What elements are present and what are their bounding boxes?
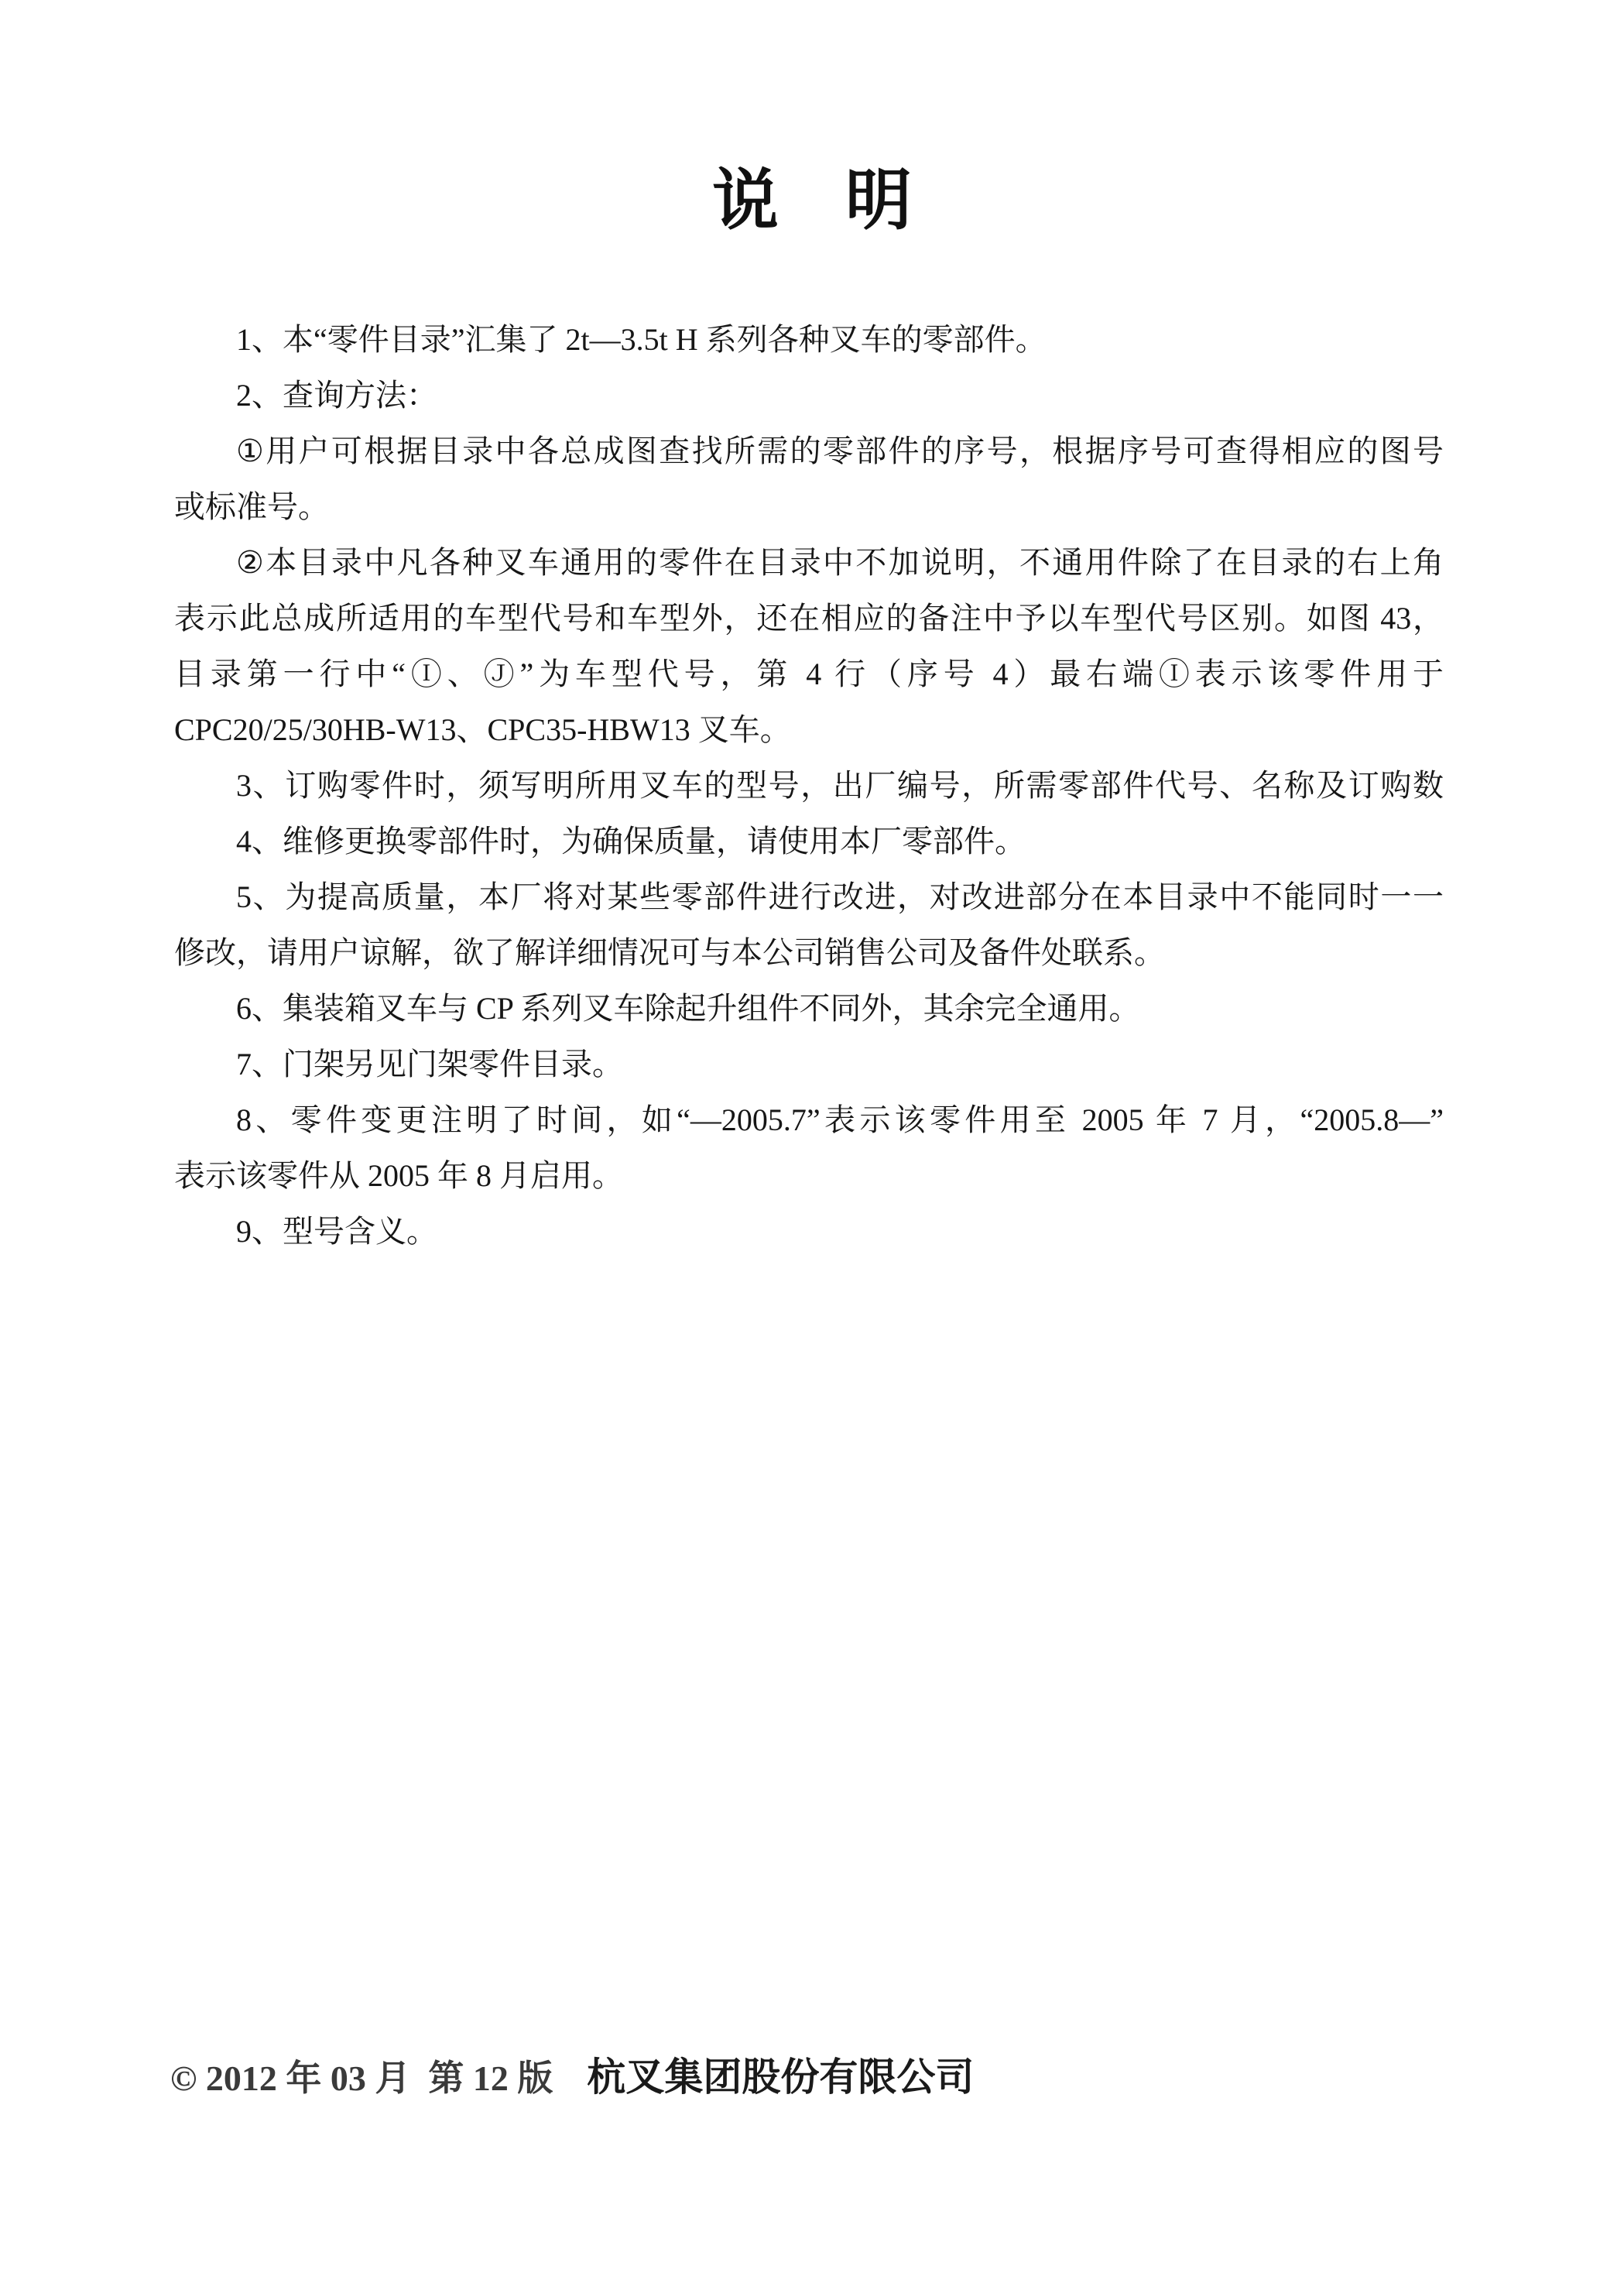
body-line: 5、为提高质量，本厂将对某些零部件进行改进，对改进部分在本目录中不能同时一一	[174, 869, 1444, 925]
footer: © 2012 年 03 月 第 12 版 杭叉集团股份有限公司	[170, 2050, 974, 2106]
body-line: 表示该零件从 2005 年 8 月启用。	[174, 1148, 1444, 1204]
body-line: 1、本“零件目录”汇集了 2t—3.5t H 系列各种叉车的零部件。	[174, 312, 1444, 368]
body-line: ①用户可根据目录中各总成图查找所需的零部件的序号，根据序号可查得相应的图号	[174, 423, 1444, 479]
body-line: 表示此总成所适用的车型代号和车型外，还在相应的备注中予以车型代号区别。如图 43…	[174, 591, 1444, 646]
page-title: 说 明	[0, 157, 1624, 244]
body-line: 或标准号。	[174, 479, 1444, 535]
body-line: 3、订购零件时，须写明所用叉车的型号，出厂编号，所需零部件代号、名称及订购数量。	[174, 758, 1444, 814]
document-page: 说 明 1、本“零件目录”汇集了 2t—3.5t H 系列各种叉车的零部件。2、…	[0, 0, 1624, 2283]
body-line: 目录第一行中“Ⓘ、Ⓙ”为车型代号，第 4 行（序号 4）最右端Ⓘ表示该零件用于	[174, 646, 1444, 702]
company-name: 杭叉集团股份有限公司	[587, 2050, 974, 2104]
body-line: CPC20/25/30HB-W13、CPC35-HBW13 叉车。	[174, 702, 1444, 758]
body-line: 修改，请用户谅解，欲了解详细情况可与本公司销售公司及备件处联系。	[174, 925, 1444, 981]
body-line: 2、查询方法：	[174, 368, 1444, 423]
copyright-line: © 2012 年 03 月 第 12 版	[170, 2052, 553, 2106]
body-line: 7、门架另见门架零件目录。	[174, 1037, 1444, 1092]
body-line: ②本目录中凡各种叉车通用的零件在目录中不加说明，不通用件除了在目录的右上角	[174, 535, 1444, 591]
body-line: 8、零件变更注明了时间，如“—2005.7”表示该零件用至 2005 年 7 月…	[174, 1092, 1444, 1148]
body-line: 4、维修更换零部件时，为确保质量，请使用本厂零部件。	[174, 814, 1444, 869]
body-line: 9、型号含义。	[174, 1204, 1444, 1260]
body-text: 1、本“零件目录”汇集了 2t—3.5t H 系列各种叉车的零部件。2、查询方法…	[174, 312, 1444, 1260]
body-line: 6、集装箱叉车与 CP 系列叉车除起升组件不同外，其余完全通用。	[174, 981, 1444, 1037]
